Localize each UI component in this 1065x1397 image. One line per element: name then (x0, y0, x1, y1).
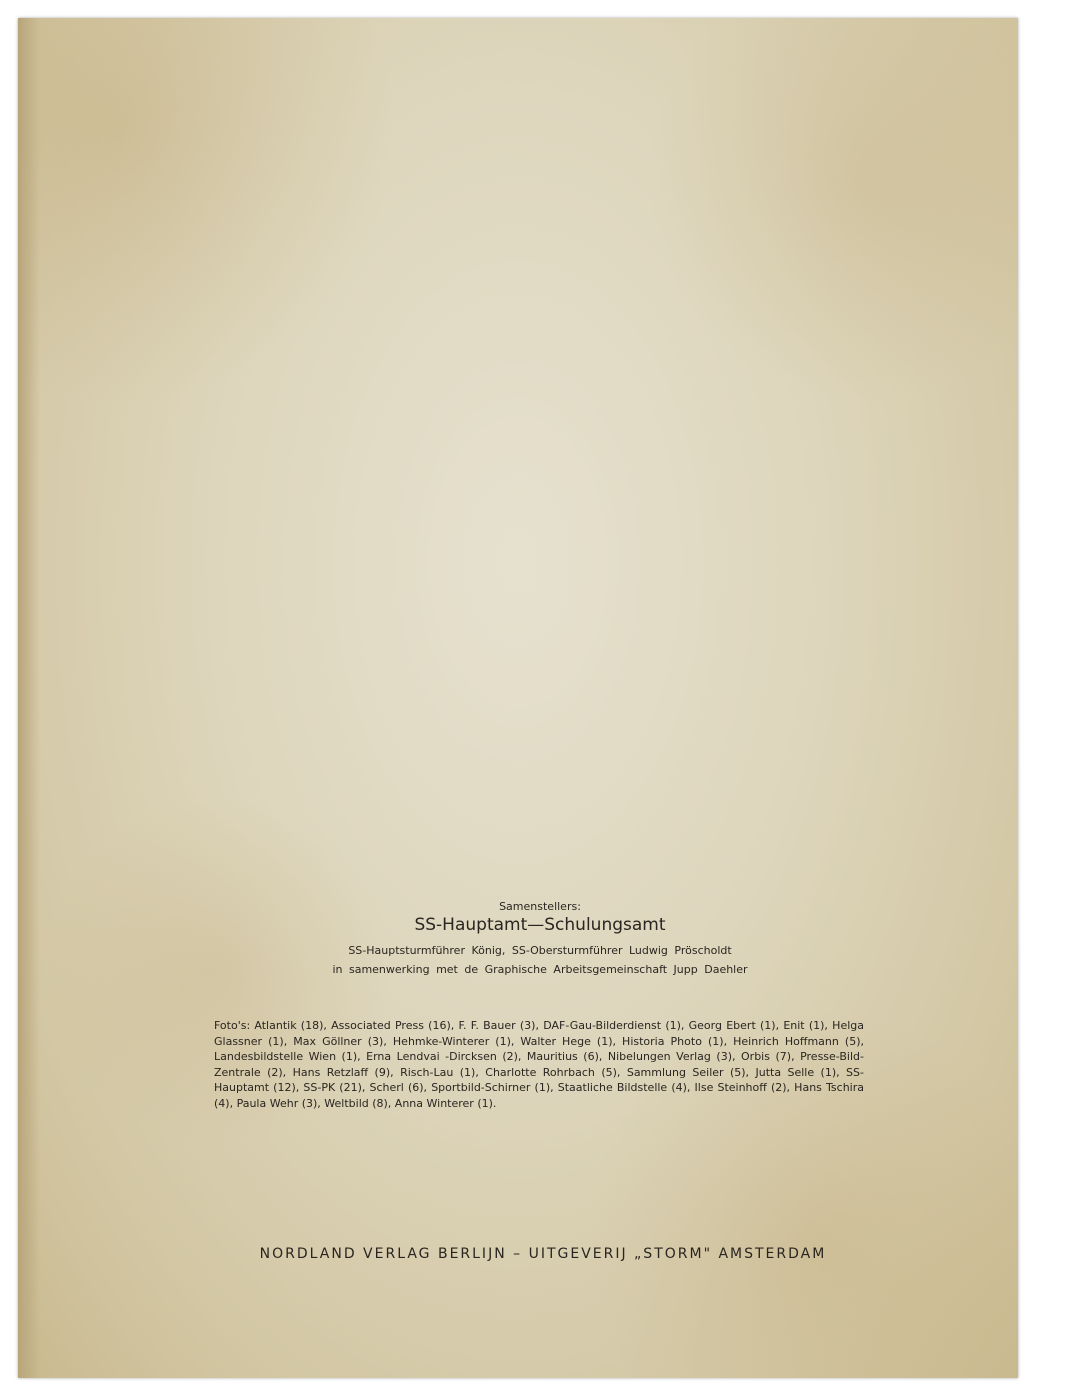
publisher-line: NORDLAND VERLAG BERLIJN – UITGEVERIJ „ST… (218, 1246, 868, 1262)
compilers-label: Samenstellers: (300, 900, 780, 913)
page-spine-edge (18, 18, 40, 1378)
back-cover-page (18, 18, 1018, 1378)
compilers-block: Samenstellers: SS-Hauptamt—Schulungsamt … (300, 900, 780, 979)
compilers-names: SS-Hauptsturmführer König, SS-Obersturmf… (300, 941, 780, 960)
collaboration-line: in samenwerking met de Graphische Arbeit… (300, 960, 780, 979)
photo-credits: Foto's: Atlantik (18), Associated Press … (214, 1018, 864, 1111)
compilers-heading: SS-Hauptamt—Schulungsamt (300, 915, 780, 935)
